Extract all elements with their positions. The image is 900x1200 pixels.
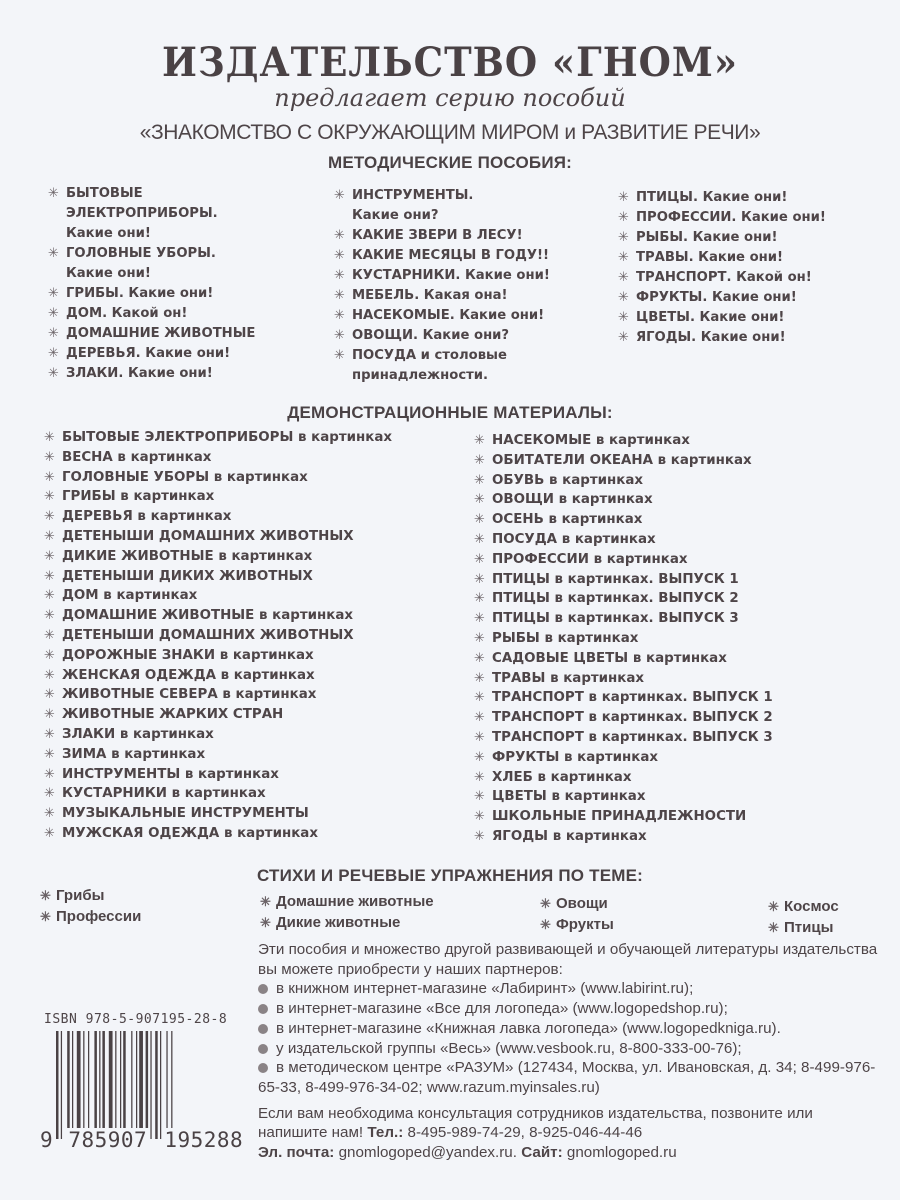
partner-item: в методическом центре «РАЗУМ» (127434, М… xyxy=(258,1058,878,1097)
item-subtitle: в картинках xyxy=(293,430,392,445)
email-address[interactable]: gnomlogoped@yandex.ru. xyxy=(339,1144,517,1161)
asterisk-icon: ✳ xyxy=(48,344,66,364)
item-title: КУСТАРНИКИ. xyxy=(352,268,460,283)
demo-list-item: ✳ДОРОЖНЫЕ ЗНАКИ в картинках xyxy=(44,646,392,666)
item-subtitle: Какие они? xyxy=(418,328,509,343)
barcode-digit-lead: 9 xyxy=(40,1128,53,1152)
demo-list-item: ✳РЫБЫ в картинках xyxy=(474,629,773,649)
item-title: ПРОФЕССИИ. xyxy=(636,210,736,225)
item-subtitle: Какие они! xyxy=(141,346,230,361)
item-title: ПТИЦЫ xyxy=(492,611,550,626)
item-title: Грибы xyxy=(56,887,104,904)
partner-item: в книжном интернет-магазине «Лабиринт» (… xyxy=(258,979,878,999)
methodical-list-item: ✳ЗЛАКИ. Какие они! xyxy=(48,364,255,384)
asterisk-icon: ✳ xyxy=(618,248,636,268)
item-title: КАКИЕ ЗВЕРИ В ЛЕСУ! xyxy=(352,228,523,243)
asterisk-icon: ✳ xyxy=(474,708,492,728)
item-subtitle: в картинках. ВЫПУСК 2 xyxy=(584,710,773,725)
item-subtitle: в картинках xyxy=(167,786,266,801)
item-title: ШКОЛЬНЫЕ ПРИНАДЛЕЖНОСТИ xyxy=(492,809,746,824)
item-subtitle: в картинках. ВЫПУСК 3 xyxy=(550,611,739,626)
item-subtitle: в картинках xyxy=(559,750,658,765)
asterisk-icon: ✳ xyxy=(44,685,62,705)
methodical-list-item: ✳ДОМАШНИЕ ЖИВОТНЫЕ xyxy=(48,324,255,344)
item-title: ТРАВЫ xyxy=(492,671,545,686)
demo-list-item: ✳ПРОФЕССИИ в картинках xyxy=(474,550,773,570)
demo-list-item: ✳КУСТАРНИКИ в картинках xyxy=(44,784,392,804)
item-title: БЫТОВЫЕ ЭЛЕКТРОПРИБОРЫ xyxy=(62,430,293,445)
item-title: ПОСУДА xyxy=(492,532,557,547)
item-title: ДЕРЕВЬЯ xyxy=(62,509,133,524)
demo-list-item: ✳ТРАНСПОРТ в картинках. ВЫПУСК 3 xyxy=(474,728,773,748)
partners-list: в книжном интернет-магазине «Лабиринт» (… xyxy=(258,979,878,1097)
demo-list-item: ✳ТРАНСПОРТ в картинках. ВЫПУСК 1 xyxy=(474,688,773,708)
demo-list-item: ✳ДЕРЕВЬЯ в картинках xyxy=(44,507,392,527)
item-subtitle: в картинках xyxy=(115,727,214,742)
item-title: ФРУКТЫ xyxy=(492,750,559,765)
partner-text: в книжном интернет-магазине «Лабиринт» (… xyxy=(276,980,693,997)
asterisk-icon: ✳ xyxy=(44,448,62,468)
item-title: ДОМ xyxy=(62,588,99,603)
asterisk-icon: ✳ xyxy=(474,649,492,669)
asterisk-icon: ✳ xyxy=(618,308,636,328)
asterisk-icon: ✳ xyxy=(44,745,62,765)
asterisk-icon: ✳ xyxy=(474,490,492,510)
asterisk-icon: ✳ xyxy=(48,184,66,204)
item-subtitle: в картинках. ВЫПУСК 1 xyxy=(584,690,773,705)
partner-text: в методическом центре «РАЗУМ» (127434, М… xyxy=(258,1059,875,1096)
item-subtitle: в картинках xyxy=(533,770,632,785)
item-subtitle: Какая она! xyxy=(419,288,507,303)
methodical-list-item: ✳РЫБЫ. Какие они! xyxy=(618,228,826,248)
demo-list-item: ✳БЫТОВЫЕ ЭЛЕКТРОПРИБОРЫ в картинках xyxy=(44,428,392,448)
partner-item: у издательской группы «Весь» (www.vesboo… xyxy=(258,1039,878,1059)
methodical-list-item: ✳ФРУКТЫ. Какие они! xyxy=(618,288,826,308)
partner-text: в интернет-магазине «Все для логопеда» (… xyxy=(276,1000,728,1017)
item-title: ТРАНСПОРТ xyxy=(492,710,584,725)
item-title: ТРАНСПОРТ xyxy=(492,690,584,705)
item-title: ЗЛАКИ. xyxy=(66,366,123,381)
item-subtitle: в картинках. ВЫПУСК 1 xyxy=(550,572,739,587)
demo-list-item: ✳ПТИЦЫ в картинках. ВЫПУСК 3 xyxy=(474,609,773,629)
item-subtitle: в картинках xyxy=(653,453,752,468)
demo-list-item: ✳ЦВЕТЫ в картинках xyxy=(474,787,773,807)
item-title: ЦВЕТЫ xyxy=(492,789,547,804)
item-title: Домашние животные xyxy=(276,893,434,910)
methodical-list-item: ✳ЯГОДЫ. Какие они! xyxy=(618,328,826,348)
item-subtitle: в картинках xyxy=(254,608,353,623)
item-title: ХЛЕБ xyxy=(492,770,533,785)
item-title: ДОМАШНИЕ ЖИВОТНЫЕ xyxy=(66,326,255,341)
asterisk-icon: ✳ xyxy=(44,824,62,844)
item-title: ЗЛАКИ xyxy=(62,727,115,742)
asterisk-icon: ✳ xyxy=(474,768,492,788)
asterisk-icon: ✳ xyxy=(474,530,492,550)
item-title: ВЕСНА xyxy=(62,450,113,465)
item-subtitle: в картинках xyxy=(209,470,308,485)
demo-list-item: ✳МУЖСКАЯ ОДЕЖДА в картинках xyxy=(44,824,392,844)
asterisk-icon: ✳ xyxy=(474,570,492,590)
item-subtitle: Какие они! xyxy=(460,268,549,283)
demo-list-item: ✳ЗЛАКИ в картинках xyxy=(44,725,392,745)
item-subtitle: в картинках xyxy=(133,509,232,524)
item-subtitle: Какие они! xyxy=(695,310,784,325)
demo-list-item: ✳ТРАНСПОРТ в картинках. ВЫПУСК 2 xyxy=(474,708,773,728)
item-title: ТРАНСПОРТ xyxy=(492,730,584,745)
demo-list-item: ✳ОБИТАТЕЛИ ОКЕАНА в картинках xyxy=(474,451,773,471)
poems-heading: СТИХИ И РЕЧЕВЫЕ УПРАЖНЕНИЯ ПО ТЕМЕ: xyxy=(0,866,900,886)
item-subtitle: в картинках xyxy=(214,549,313,564)
demo-list-item: ✳ХЛЕБ в картинках xyxy=(474,768,773,788)
demo-list-item: ✳ЖЕНСКАЯ ОДЕЖДА в картинках xyxy=(44,666,392,686)
barcode-digits-left: 785907 xyxy=(66,1128,149,1152)
asterisk-icon: ✳ xyxy=(44,804,62,824)
item-subtitle: в картинках xyxy=(99,588,198,603)
item-title: ЯГОДЫ xyxy=(492,829,548,844)
item-subtitle: в картинках xyxy=(589,552,688,567)
poem-list-item: ✳Дикие животные xyxy=(260,912,434,933)
methodical-list-item: ✳ПТИЦЫ. Какие они! xyxy=(618,188,826,208)
demo-list-item: ✳ПОСУДА в картинках xyxy=(474,530,773,550)
item-subtitle: Какие они! xyxy=(124,286,213,301)
asterisk-icon: ✳ xyxy=(474,510,492,530)
methodical-list-item: ✳ОВОЩИ. Какие они? xyxy=(334,326,550,346)
item-title: МУЗЫКАЛЬНЫЕ ИНСТРУМЕНТЫ xyxy=(62,806,309,821)
asterisk-icon: ✳ xyxy=(540,893,556,914)
item-title: БЫТОВЫЕ xyxy=(66,186,143,201)
poem-list-item: ✳Овощи xyxy=(540,893,614,914)
asterisk-icon: ✳ xyxy=(474,728,492,748)
item-title: ПТИЦЫ xyxy=(492,591,550,606)
asterisk-icon: ✳ xyxy=(44,705,62,725)
asterisk-icon: ✳ xyxy=(48,284,66,304)
partners-info: Эти пособия и множество другой развивающ… xyxy=(258,940,878,1163)
asterisk-icon: ✳ xyxy=(474,807,492,827)
item-subtitle: Какие они! xyxy=(698,190,787,205)
isbn-label: ISBN 978-5-907195-28-8 xyxy=(44,1012,227,1027)
methodical-list-item: ✳ЦВЕТЫ. Какие они! xyxy=(618,308,826,328)
asterisk-icon: ✳ xyxy=(474,451,492,471)
asterisk-icon: ✳ xyxy=(48,324,66,344)
item-title: ЦВЕТЫ. xyxy=(636,310,695,325)
asterisk-icon: ✳ xyxy=(474,748,492,768)
item-title: САДОВЫЕ ЦВЕТЫ xyxy=(492,651,628,666)
methodical-list-item: ✳ГОЛОВНЫЕ УБОРЫ. xyxy=(48,244,255,264)
item-title: ПТИЦЫ xyxy=(492,572,550,587)
partner-text: у издательской группы «Весь» (www.vesboo… xyxy=(276,1040,742,1057)
methodical-list-item: ✳ПРОФЕССИИ. Какие они! xyxy=(618,208,826,228)
series-title: «ЗНАКОМСТВО С ОКРУЖАЮЩИМ МИРОМ и РАЗВИТИ… xyxy=(0,121,900,145)
asterisk-icon: ✳ xyxy=(618,228,636,248)
demo-list-item: ✳ГОЛОВНЫЕ УБОРЫ в картинках xyxy=(44,468,392,488)
item-subtitle: в картинках xyxy=(547,789,646,804)
demo-list-item: ✳ДИКИЕ ЖИВОТНЫЕ в картинках xyxy=(44,547,392,567)
asterisk-icon: ✳ xyxy=(474,669,492,689)
asterisk-icon: ✳ xyxy=(44,626,62,646)
methodical-list-item: ✳ДОМ. Какой он! xyxy=(48,304,255,324)
item-title: МУЖСКАЯ ОДЕЖДА xyxy=(62,826,219,841)
demo-list-item: ✳ШКОЛЬНЫЕ ПРИНАДЛЕЖНОСТИ xyxy=(474,807,773,827)
item-title: ДЕТЕНЫШИ ДОМАШНИХ ЖИВОТНЫХ xyxy=(62,529,354,544)
methodical-list-item: ✳БЫТОВЫЕ xyxy=(48,184,255,204)
item-subtitle: в картинках xyxy=(544,473,643,488)
asterisk-icon: ✳ xyxy=(44,725,62,745)
item-title: ЖИВОТНЫЕ ЖАРКИХ СТРАН xyxy=(62,707,283,722)
publisher-title: ИЗДАТЕЛЬСТВО «ГНОМ» xyxy=(0,38,900,86)
item-title: НАСЕКОМЫЕ xyxy=(492,433,591,448)
site-label: Сайт: xyxy=(521,1144,562,1161)
partner-text: в интернет-магазине «Книжная лавка логоп… xyxy=(276,1020,781,1037)
item-subtitle: в картинках xyxy=(216,668,315,683)
consult-text: Если вам необходима консультация сотрудн… xyxy=(258,1104,878,1163)
asterisk-icon: ✳ xyxy=(48,244,66,264)
item-title: ЖЕНСКАЯ ОДЕЖДА xyxy=(62,668,216,683)
asterisk-icon: ✳ xyxy=(474,688,492,708)
methodical-list-col-3: ✳ПТИЦЫ. Какие они!✳ПРОФЕССИИ. Какие они!… xyxy=(618,188,826,348)
poem-list-item: ✳Фрукты xyxy=(540,914,614,935)
methodical-list-item: ✳НАСЕКОМЫЕ. Какие они! xyxy=(334,306,550,326)
asterisk-icon: ✳ xyxy=(618,288,636,308)
item-title: ИНСТРУМЕНТЫ. xyxy=(352,188,473,203)
partner-item: в интернет-магазине «Все для логопеда» (… xyxy=(258,999,878,1019)
asterisk-icon: ✳ xyxy=(40,906,56,927)
asterisk-icon: ✳ xyxy=(44,784,62,804)
item-subtitle: в картинках xyxy=(218,687,317,702)
poems-list-col-1: ✳Грибы✳Профессии xyxy=(40,885,141,927)
item-title: ГРИБЫ xyxy=(62,489,116,504)
asterisk-icon: ✳ xyxy=(334,326,352,346)
item-title: ДЕРЕВЬЯ. xyxy=(66,346,141,361)
item-title: ЗИМА xyxy=(62,747,106,762)
poem-list-item: ✳Грибы xyxy=(40,885,141,906)
bullet-icon xyxy=(258,1024,268,1034)
asterisk-icon: ✳ xyxy=(474,827,492,847)
item-subtitle: в картинках xyxy=(113,450,212,465)
item-subtitle: Какие они! xyxy=(455,308,544,323)
demo-list-item: ✳ДОМ в картинках xyxy=(44,586,392,606)
item-subtitle: в картинках xyxy=(628,651,727,666)
asterisk-icon: ✳ xyxy=(44,586,62,606)
asterisk-icon: ✳ xyxy=(474,787,492,807)
item-title: ОБУВЬ xyxy=(492,473,544,488)
item-title: ДИКИЕ ЖИВОТНЫЕ xyxy=(62,549,214,564)
demo-list-item: ✳ЖИВОТНЫЕ ЖАРКИХ СТРАН xyxy=(44,705,392,725)
partners-intro: Эти пособия и множество другой развивающ… xyxy=(258,940,878,979)
item-continuation: Какие они? xyxy=(334,208,438,223)
asterisk-icon: ✳ xyxy=(474,550,492,570)
item-subtitle: Какие они! xyxy=(123,366,212,381)
demo-list-item: ✳ГРИБЫ в картинках xyxy=(44,487,392,507)
item-title: ОВОЩИ xyxy=(492,492,554,507)
asterisk-icon: ✳ xyxy=(44,666,62,686)
item-title: ДОРОЖНЫЕ ЗНАКИ xyxy=(62,648,215,663)
item-subtitle: в картинках xyxy=(215,648,314,663)
item-title: ГРИБЫ. xyxy=(66,286,124,301)
asterisk-icon: ✳ xyxy=(44,646,62,666)
asterisk-icon: ✳ xyxy=(44,507,62,527)
asterisk-icon: ✳ xyxy=(540,914,556,935)
barcode-icon xyxy=(56,1031,192,1139)
demo-list-item: ✳ОБУВЬ в картинках xyxy=(474,471,773,491)
demo-list-item: ✳ОВОЩИ в картинках xyxy=(474,490,773,510)
item-title: ИНСТРУМЕНТЫ xyxy=(62,767,180,782)
item-subtitle: Какие они! xyxy=(696,330,785,345)
methodical-list-item: принадлежности. xyxy=(334,366,550,386)
item-continuation: Какие они! xyxy=(48,226,151,241)
item-title: ОВОЩИ. xyxy=(352,328,418,343)
phone-numbers: 8-495-989-74-29, 8-925-046-44-46 xyxy=(408,1124,643,1141)
demo-list-item: ✳ЯГОДЫ в картинках xyxy=(474,827,773,847)
demo-list-item: ✳ОСЕНЬ в картинках xyxy=(474,510,773,530)
item-title: КУСТАРНИКИ xyxy=(62,786,167,801)
item-title: РЫБЫ xyxy=(492,631,540,646)
item-subtitle: в картинках xyxy=(545,671,644,686)
poems-list-col-2: ✳Домашние животные✳Дикие животные xyxy=(260,891,434,933)
asterisk-icon: ✳ xyxy=(44,765,62,785)
item-subtitle: в картинках xyxy=(180,767,279,782)
asterisk-icon: ✳ xyxy=(48,364,66,384)
asterisk-icon: ✳ xyxy=(474,609,492,629)
partner-item: в интернет-магазине «Книжная лавка логоп… xyxy=(258,1019,878,1039)
item-title: ПРОФЕССИИ xyxy=(492,552,589,567)
poems-list-col-4: ✳Космос✳Птицы xyxy=(768,896,839,938)
demo-list-item: ✳ИНСТРУМЕНТЫ в картинках xyxy=(44,765,392,785)
methodical-list-item: Какие они? xyxy=(334,206,550,226)
asterisk-icon: ✳ xyxy=(44,606,62,626)
demo-list-item: ✳САДОВЫЕ ЦВЕТЫ в картинках xyxy=(474,649,773,669)
demo-list-item: ✳ЗИМА в картинках xyxy=(44,745,392,765)
item-title: Птицы xyxy=(784,919,833,936)
item-subtitle: в картинках xyxy=(548,829,647,844)
demo-list-item: ✳ТРАВЫ в картинках xyxy=(474,669,773,689)
demo-list-item: ✳МУЗЫКАЛЬНЫЕ ИНСТРУМЕНТЫ xyxy=(44,804,392,824)
asterisk-icon: ✳ xyxy=(474,589,492,609)
item-title: ПТИЦЫ. xyxy=(636,190,698,205)
demo-list-item: ✳ДЕТЕНЫШИ ДОМАШНИХ ЖИВОТНЫХ xyxy=(44,527,392,547)
item-subtitle: и столовые xyxy=(416,348,507,363)
methodical-list-item: ✳ТРАНСПОРТ. Какой он! xyxy=(618,268,826,288)
item-continuation: Какие они! xyxy=(48,266,151,281)
item-subtitle: в картинках xyxy=(591,433,690,448)
asterisk-icon: ✳ xyxy=(44,468,62,488)
asterisk-icon: ✳ xyxy=(44,547,62,567)
item-subtitle: в картинках xyxy=(557,532,656,547)
demo-list-item: ✳НАСЕКОМЫЕ в картинках xyxy=(474,431,773,451)
item-title: ГОЛОВНЫЕ УБОРЫ xyxy=(62,470,209,485)
item-subtitle: Какие они! xyxy=(694,250,783,265)
item-title: ТРАВЫ. xyxy=(636,250,694,265)
poem-list-item: ✳Птицы xyxy=(768,917,839,938)
bullet-icon xyxy=(258,984,268,994)
item-title: Космос xyxy=(784,898,839,915)
bullet-icon xyxy=(258,1044,268,1054)
item-subtitle: Какие они! xyxy=(736,210,825,225)
asterisk-icon: ✳ xyxy=(44,567,62,587)
item-title: ГОЛОВНЫЕ УБОРЫ. xyxy=(66,246,216,261)
email-label: Эл. почта: xyxy=(258,1144,334,1161)
item-title: Фрукты xyxy=(556,916,614,933)
demo-list-item: ✳ПТИЦЫ в картинках. ВЫПУСК 1 xyxy=(474,570,773,590)
item-subtitle: в картинках. ВЫПУСК 2 xyxy=(550,591,739,606)
item-title: НАСЕКОМЫЕ. xyxy=(352,308,455,323)
asterisk-icon: ✳ xyxy=(618,188,636,208)
asterisk-icon: ✳ xyxy=(40,885,56,906)
item-title: ОБИТАТЕЛИ ОКЕАНА xyxy=(492,453,653,468)
asterisk-icon: ✳ xyxy=(334,246,352,266)
asterisk-icon: ✳ xyxy=(474,471,492,491)
item-title: ТРАНСПОРТ. xyxy=(636,270,732,285)
book-back-cover: ИЗДАТЕЛЬСТВО «ГНОМ» предлагает серию пос… xyxy=(0,0,900,1200)
item-subtitle: Какой он! xyxy=(732,270,812,285)
item-title: Дикие животные xyxy=(276,914,400,931)
asterisk-icon: ✳ xyxy=(334,186,352,206)
asterisk-icon: ✳ xyxy=(44,527,62,547)
item-subtitle: в картинках xyxy=(540,631,639,646)
poems-list-col-3: ✳Овощи✳Фрукты xyxy=(540,893,614,935)
asterisk-icon: ✳ xyxy=(260,891,276,912)
asterisk-icon: ✳ xyxy=(474,431,492,451)
asterisk-icon: ✳ xyxy=(768,917,784,938)
item-subtitle: в картинках xyxy=(116,489,215,504)
asterisk-icon: ✳ xyxy=(618,208,636,228)
methodical-list-col-1: ✳БЫТОВЫЕЭЛЕКТРОПРИБОРЫ.Какие они!✳ГОЛОВН… xyxy=(48,184,255,384)
methodical-list-col-2: ✳ИНСТРУМЕНТЫ.Какие они?✳КАКИЕ ЗВЕРИ В ЛЕ… xyxy=(334,186,550,386)
methodical-list-item: ✳ГРИБЫ. Какие они! xyxy=(48,284,255,304)
asterisk-icon: ✳ xyxy=(334,226,352,246)
item-subtitle: в картинках xyxy=(544,512,643,527)
methodical-list-item: ЭЛЕКТРОПРИБОРЫ. xyxy=(48,204,255,224)
demo-list-item: ✳ДОМАШНИЕ ЖИВОТНЫЕ в картинках xyxy=(44,606,392,626)
methodical-list-item: ✳ИНСТРУМЕНТЫ. xyxy=(334,186,550,206)
item-subtitle: в картинках xyxy=(219,826,318,841)
methodical-heading: МЕТОДИЧЕСКИЕ ПОСОБИЯ: xyxy=(0,153,900,173)
methodical-list-item: ✳КУСТАРНИКИ. Какие они! xyxy=(334,266,550,286)
item-continuation: ЭЛЕКТРОПРИБОРЫ. xyxy=(48,206,218,221)
item-title: МЕБЕЛЬ. xyxy=(352,288,419,303)
methodical-list-item: ✳МЕБЕЛЬ. Какая она! xyxy=(334,286,550,306)
item-title: ДОМАШНИЕ ЖИВОТНЫЕ xyxy=(62,608,254,623)
methodical-list-item: ✳КАКИЕ МЕСЯЦЫ В ГОДУ!! xyxy=(334,246,550,266)
item-subtitle: в картинках xyxy=(106,747,205,762)
item-title: РЫБЫ. xyxy=(636,230,688,245)
demo-heading: ДЕМОНСТРАЦИОННЫЕ МАТЕРИАЛЫ: xyxy=(0,403,900,423)
phone-label: Тел.: xyxy=(367,1124,403,1141)
asterisk-icon: ✳ xyxy=(334,346,352,366)
poem-list-item: ✳Домашние животные xyxy=(260,891,434,912)
item-subtitle: Какие они! xyxy=(707,290,796,305)
asterisk-icon: ✳ xyxy=(474,629,492,649)
item-title: КАКИЕ МЕСЯЦЫ В ГОДУ!! xyxy=(352,248,549,263)
asterisk-icon: ✳ xyxy=(260,912,276,933)
item-title: ДЕТЕНЫШИ ДОМАШНИХ ЖИВОТНЫХ xyxy=(62,628,354,643)
item-title: ОСЕНЬ xyxy=(492,512,544,527)
item-subtitle: Какие они! xyxy=(688,230,777,245)
demo-list-item: ✳ПТИЦЫ в картинках. ВЫПУСК 2 xyxy=(474,589,773,609)
asterisk-icon: ✳ xyxy=(618,328,636,348)
barcode-digits-right: 195288 xyxy=(162,1128,245,1152)
offers-subtitle: предлагает серию пособий xyxy=(0,84,900,112)
site-url[interactable]: gnomlogoped.ru xyxy=(567,1144,677,1161)
asterisk-icon: ✳ xyxy=(44,428,62,448)
demo-list-item: ✳ДЕТЕНЫШИ ДИКИХ ЖИВОТНЫХ xyxy=(44,567,392,587)
methodical-list-item: Какие они! xyxy=(48,224,255,244)
demo-list-item: ✳ФРУКТЫ в картинках xyxy=(474,748,773,768)
methodical-list-item: ✳ТРАВЫ. Какие они! xyxy=(618,248,826,268)
item-continuation: принадлежности. xyxy=(334,368,488,383)
bullet-icon xyxy=(258,1063,268,1073)
item-title: ДОМ. xyxy=(66,306,107,321)
asterisk-icon: ✳ xyxy=(618,268,636,288)
